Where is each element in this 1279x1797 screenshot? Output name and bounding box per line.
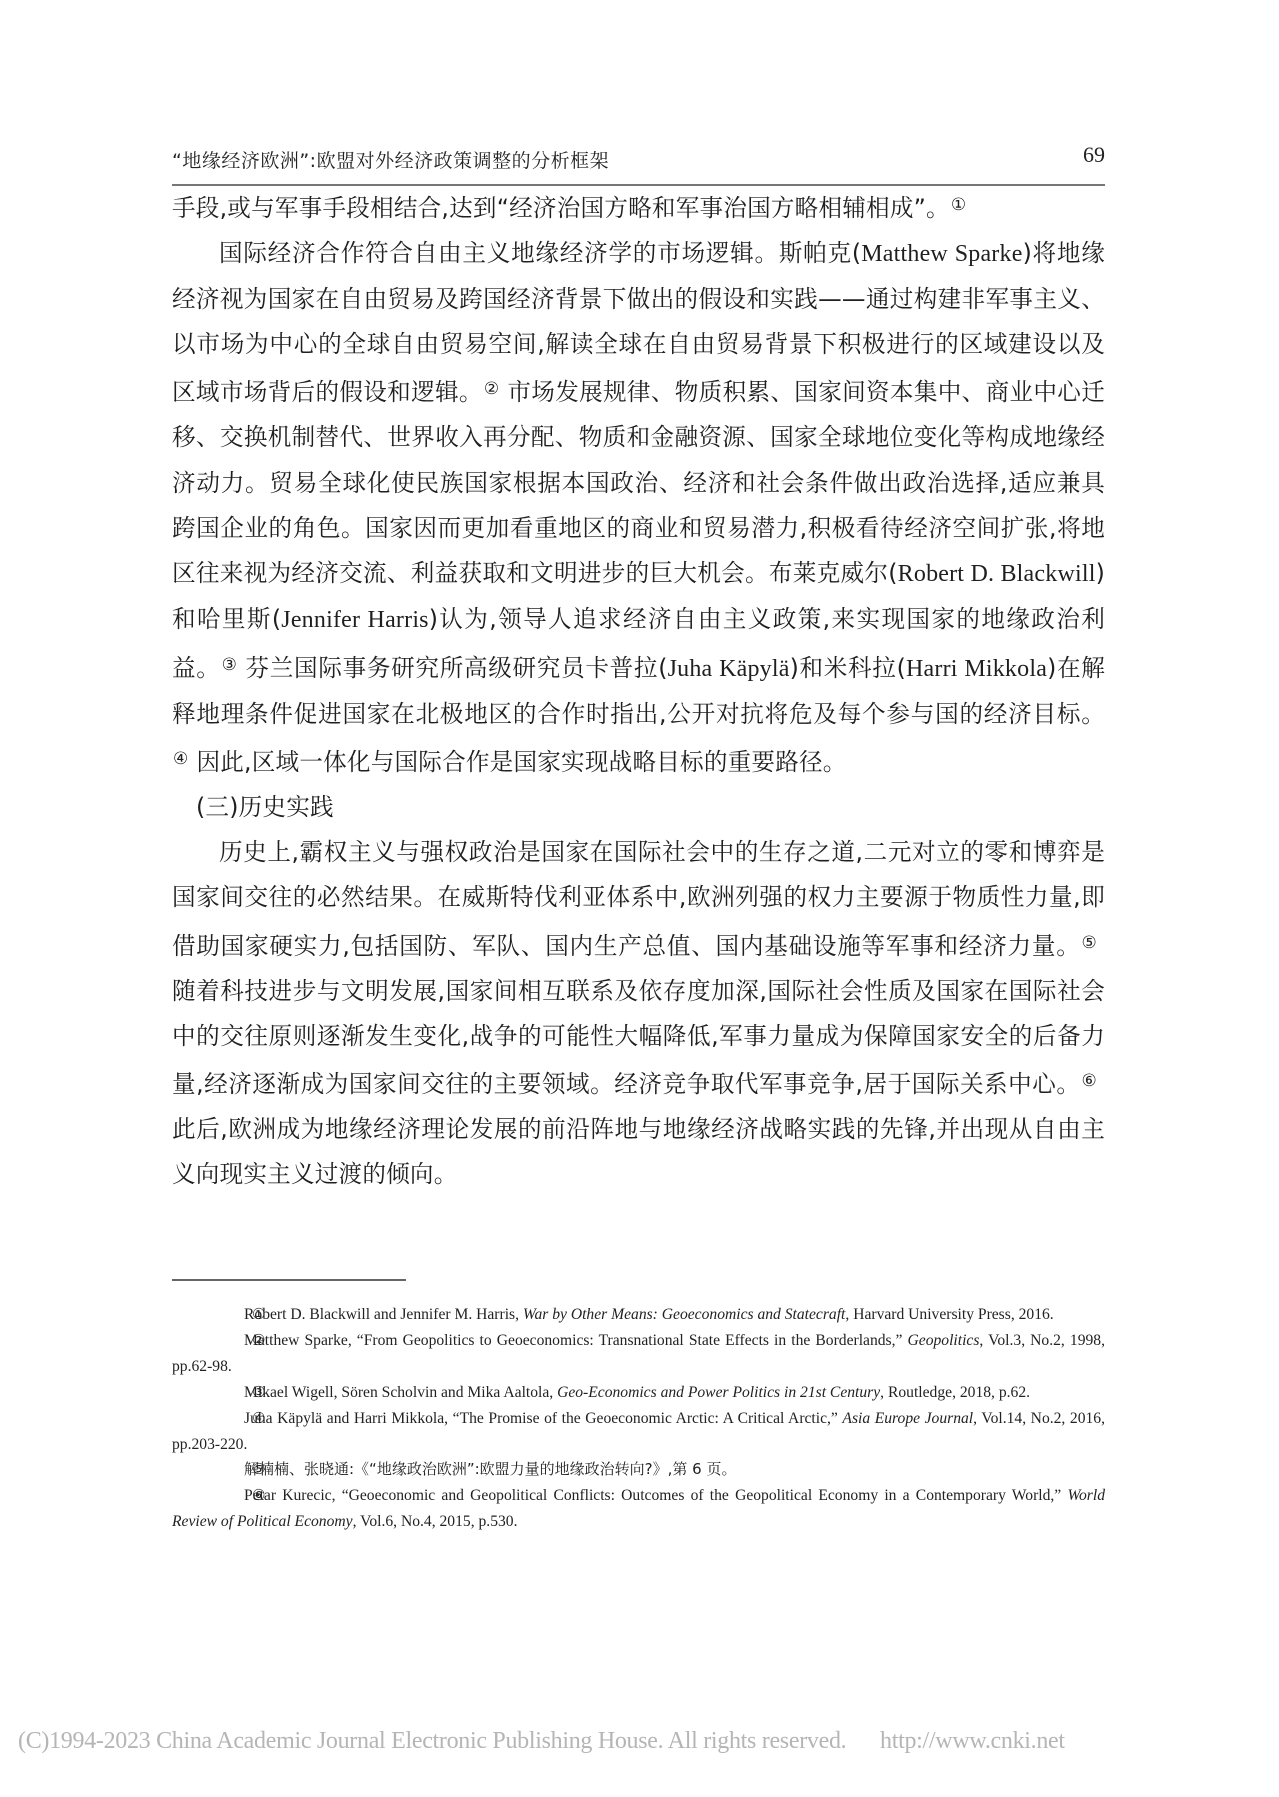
footnote-reference[interactable]: ①	[951, 195, 966, 215]
publication-title: Geopolitics	[908, 1332, 980, 1349]
footnote-item: ①Robert D. Blackwill and Jennifer M. Har…	[172, 1302, 1105, 1328]
body-text-run: )和米科拉(	[790, 654, 906, 682]
footnote-item: ④Juha Käpylä and Harri Mikkola, “The Pro…	[172, 1406, 1105, 1458]
footnote-text: Mikael Wigell, Sören Scholvin and Mika A…	[244, 1384, 557, 1401]
body-text-run: (三)历史实践	[196, 793, 334, 821]
page-number: 69	[1083, 142, 1105, 168]
footnote-text: Robert D. Blackwill and Jennifer M. Harr…	[244, 1306, 523, 1323]
body-text-run: 市场发展规律、物质积累、国家间资本集中、商业中心迁移、交换机制替代、世界收入再分…	[172, 378, 1105, 586]
footnote-text: Matthew Sparke, “From Geopolitics to Geo…	[244, 1332, 908, 1349]
body-paragraph: 国际经济合作符合自由主义地缘经济学的市场逻辑。斯帕克(Matthew Spark…	[172, 231, 1105, 785]
footnote-reference[interactable]: ⑤	[1082, 933, 1097, 953]
copyright-footer: (C)1994-2023 China Academic Journal Elec…	[18, 1728, 1263, 1755]
footnote-text: , Vol.6, No.4, 2015, p.530.	[353, 1513, 518, 1530]
footnote-text: 解楠楠、张晓通:《“地缘政治欧洲”:欧盟力量的地缘政治转向?》,第 6 页。	[244, 1460, 736, 1478]
footnote-number: ③	[212, 1380, 244, 1406]
footnote-divider	[172, 1279, 406, 1281]
footnote-number: ⑥	[212, 1483, 244, 1509]
footnote-item: ③Mikael Wigell, Sören Scholvin and Mika …	[172, 1380, 1105, 1406]
footnote-item: ②Matthew Sparke, “From Geopolitics to Ge…	[172, 1328, 1105, 1380]
body-text-run: 随着科技进步与文明发展,国家间相互联系及依存度加深,国际社会性质及国家在国际社会…	[172, 977, 1105, 1098]
body-text-run: 手段,或与军事手段相结合,达到“经济治国方略和军事治国方略相辅相成”。	[172, 194, 950, 222]
footnote-text: , Routledge, 2018, p.62.	[880, 1384, 1030, 1401]
footnote-reference[interactable]: ④	[173, 749, 188, 769]
publication-title: War by Other Means: Geoeconomics and Sta…	[523, 1306, 846, 1323]
footnote-reference[interactable]: ②	[484, 379, 500, 399]
footnote-reference[interactable]: ③	[222, 655, 238, 675]
footnote-number: ②	[212, 1328, 244, 1354]
latin-name: Juha Käpylä	[668, 656, 790, 682]
footnote-item: ⑤解楠楠、张晓通:《“地缘政治欧洲”:欧盟力量的地缘政治转向?》,第 6 页。	[172, 1457, 1105, 1483]
latin-name: Jennifer Harris	[281, 607, 428, 633]
body-paragraph: 历史上,霸权主义与强权政治是国家在国际社会中的生存之道,二元对立的零和博弈是国家…	[172, 830, 1105, 1197]
copyright-notice: (C)1994-2023 China Academic Journal Elec…	[18, 1728, 846, 1754]
section-heading: (三)历史实践	[172, 785, 1105, 830]
body-text-run: 因此,区域一体化与国际合作是国家实现战略目标的重要路径。	[196, 748, 846, 776]
latin-name: Robert D. Blackwill	[898, 561, 1096, 587]
footnote-number: ④	[212, 1406, 244, 1432]
body-text-run: 此后,欧洲成为地缘经济理论发展的前沿阵地与地缘经济战略实践的先锋,并出现从自由主…	[172, 1115, 1105, 1188]
footnote-text: , Harvard University Press, 2016.	[845, 1306, 1053, 1323]
running-title: “地缘经济欧洲”:欧盟对外经济政策调整的分析框架	[172, 146, 609, 173]
footnote-reference[interactable]: ⑥	[1082, 1071, 1097, 1091]
footnote-number: ①	[212, 1302, 244, 1328]
publication-title: Geo-Economics and Power Politics in 21st…	[557, 1384, 880, 1401]
body-text-run: 历史上,霸权主义与强权政治是国家在国际社会中的生存之道,二元对立的零和博弈是国家…	[172, 838, 1105, 959]
running-header: “地缘经济欧洲”:欧盟对外经济政策调整的分析框架 69	[172, 140, 1105, 184]
footnotes: ①Robert D. Blackwill and Jennifer M. Har…	[172, 1302, 1105, 1535]
copyright-url[interactable]: http://www.cnki.net	[880, 1728, 1065, 1754]
publication-title: Asia Europe Journal	[842, 1410, 973, 1427]
footnote-text: Petar Kurecic, “Geoeconomic and Geopolit…	[244, 1487, 1067, 1504]
latin-name: Matthew Sparke	[861, 241, 1022, 267]
footnote-text: Juha Käpylä and Harri Mikkola, “The Prom…	[244, 1410, 842, 1427]
body-paragraph: 手段,或与军事手段相结合,达到“经济治国方略和军事治国方略相辅相成”。①	[172, 183, 1105, 231]
latin-name: Harri Mikkola	[906, 656, 1047, 682]
body-text-run: 芬兰国际事务研究所高级研究员卡普拉(	[246, 654, 668, 682]
article-body: 手段,或与军事手段相结合,达到“经济治国方略和军事治国方略相辅相成”。①国际经济…	[172, 183, 1105, 1197]
footnote-item: ⑥Petar Kurecic, “Geoeconomic and Geopoli…	[172, 1483, 1105, 1535]
footnote-number: ⑤	[212, 1457, 244, 1483]
body-text-run: 国际经济合作符合自由主义地缘经济学的市场逻辑。斯帕克(	[219, 239, 861, 267]
